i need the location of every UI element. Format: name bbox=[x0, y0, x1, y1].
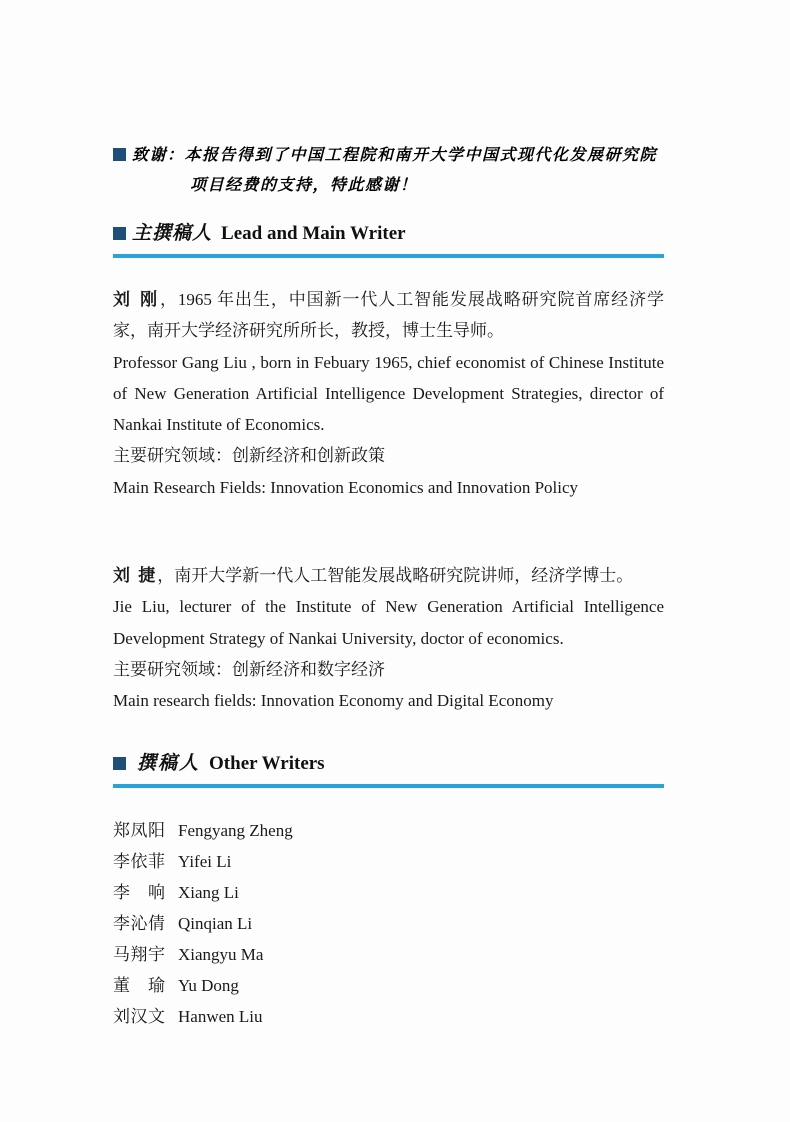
document-page: 致谢：本报告得到了中国工程院和南开大学中国式现代化发展研究院 项目经费的支持，特… bbox=[0, 0, 790, 1122]
research-fields-en: Main research fields: Innovation Economy… bbox=[113, 685, 664, 716]
writer-name-zh: 郑凤阳 bbox=[113, 815, 167, 846]
research-fields-zh: 主要研究领域：创新经济和创新政策 bbox=[113, 440, 664, 471]
research-fields-zh: 主要研究领域：创新经济和数字经济 bbox=[113, 654, 664, 685]
writer-name-en: Yifei Li bbox=[178, 846, 231, 877]
list-item: 董 瑜 Yu Dong bbox=[113, 970, 664, 1001]
writer-name-zh: 李依菲 bbox=[113, 846, 167, 877]
heading-en-label: Other Writers bbox=[209, 753, 325, 774]
bio-en: Professor Gang Liu , born in Febuary 196… bbox=[113, 347, 664, 441]
other-writers-list: 郑凤阳 Fengyang Zheng 李依菲 Yifei Li 李 响 Xian… bbox=[113, 815, 664, 1032]
acknowledgment-block: 致谢：本报告得到了中国工程院和南开大学中国式现代化发展研究院 项目经费的支持，特… bbox=[113, 141, 664, 201]
section-heading-lead-writer: 主撰稿人Lead and Main Writer bbox=[113, 223, 664, 258]
bio-en: Jie Liu, lecturer of the Institute of Ne… bbox=[113, 591, 664, 654]
heading-en-label: Lead and Main Writer bbox=[221, 223, 406, 244]
writer-name-en: Yu Dong bbox=[178, 970, 239, 1001]
lead-writer-bio-2: 刘 捷，南开大学新一代人工智能发展战略研究院讲师，经济学博士。 Jie Liu,… bbox=[113, 560, 664, 716]
acknowledgment-text-1: 致谢：本报告得到了中国工程院和南开大学中国式现代化发展研究院 bbox=[132, 147, 657, 164]
writer-name-zh: 刘 捷 bbox=[113, 566, 157, 585]
writer-name-en: Hanwen Liu bbox=[178, 1001, 263, 1032]
writer-bio-zh-text: ，南开大学新一代人工智能发展战略研究院讲师，经济学博士。 bbox=[157, 566, 633, 585]
section-heading-other-writers: 撰稿人Other Writers bbox=[113, 753, 664, 788]
writer-name-zh: 李沁倩 bbox=[113, 908, 167, 939]
acknowledgment-line1: 致谢：本报告得到了中国工程院和南开大学中国式现代化发展研究院 bbox=[113, 141, 664, 171]
list-item: 刘汉文 Hanwen Liu bbox=[113, 1001, 664, 1032]
list-item: 马翔宇 Xiangyu Ma bbox=[113, 939, 664, 970]
writer-name-zh: 李 响 bbox=[113, 877, 167, 908]
square-bullet-icon bbox=[113, 757, 126, 770]
writer-name-zh: 刘 刚 bbox=[113, 290, 160, 309]
research-fields-en: Main Research Fields: Innovation Economi… bbox=[113, 472, 664, 503]
bio-zh: 刘 捷，南开大学新一代人工智能发展战略研究院讲师，经济学博士。 bbox=[113, 560, 664, 591]
heading-zh-label: 主撰稿人 bbox=[132, 223, 212, 244]
list-item: 李依菲 Yifei Li bbox=[113, 846, 664, 877]
list-item: 郑凤阳 Fengyang Zheng bbox=[113, 815, 664, 846]
writer-name-en: Fengyang Zheng bbox=[178, 815, 293, 846]
writer-name-en: Qinqian Li bbox=[178, 908, 252, 939]
list-item: 李 响 Xiang Li bbox=[113, 877, 664, 908]
writer-name-zh: 董 瑜 bbox=[113, 970, 167, 1001]
heading-zh-label: 撰稿人 bbox=[137, 753, 200, 774]
page-content: 致谢：本报告得到了中国工程院和南开大学中国式现代化发展研究院 项目经费的支持，特… bbox=[113, 0, 664, 1032]
acknowledgment-text-2: 项目经费的支持，特此感谢！ bbox=[113, 171, 664, 201]
lead-writer-bio-1: 刘 刚，1965 年出生，中国新一代人工智能发展战略研究院首席经济学家，南开大学… bbox=[113, 284, 664, 503]
writer-bio-zh-text: ，1965 年出生，中国新一代人工智能发展战略研究院首席经济学家，南开大学经济研… bbox=[113, 290, 664, 340]
writer-name-en: Xiang Li bbox=[178, 877, 239, 908]
square-bullet-icon bbox=[113, 227, 126, 240]
writer-name-en: Xiangyu Ma bbox=[178, 939, 263, 970]
list-item: 李沁倩 Qinqian Li bbox=[113, 908, 664, 939]
bio-zh: 刘 刚，1965 年出生，中国新一代人工智能发展战略研究院首席经济学家，南开大学… bbox=[113, 284, 664, 347]
square-bullet-icon bbox=[113, 148, 126, 161]
writer-name-zh: 马翔宇 bbox=[113, 939, 167, 970]
writer-name-zh: 刘汉文 bbox=[113, 1001, 167, 1032]
